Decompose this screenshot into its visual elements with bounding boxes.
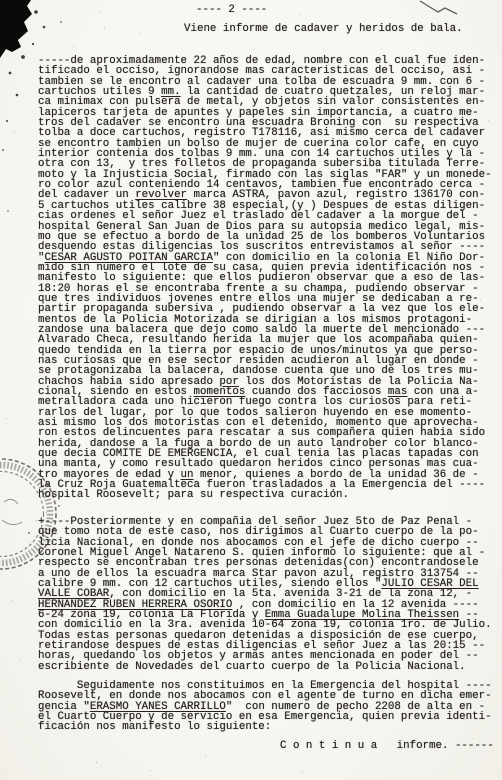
scratch-mark (412, 0, 482, 24)
text-line: escribiente de Novedades del cuarto cuer… (38, 662, 492, 672)
paragraph: Seguidamente nos constituimos en la Emer… (38, 681, 492, 733)
text-line: ficación nos manifesto lo siguiente: (38, 722, 492, 732)
speck (140, 33, 141, 34)
text-line: hospital Roosevelt; para su respectiva c… (38, 490, 492, 500)
speck (300, 14, 301, 15)
speck (365, 12, 366, 13)
speck (58, 505, 60, 507)
speck (472, 738, 473, 739)
speck (14, 131, 15, 132)
speck (104, 27, 105, 28)
speck (150, 770, 151, 771)
speck (302, 771, 303, 772)
continuation-note: C o n t i n u a informe. ------ (280, 741, 494, 751)
subject-line: Viene informe de cadaver y heridos de ba… (184, 24, 463, 34)
speck (6, 418, 7, 419)
speck (60, 21, 62, 23)
speck (28, 532, 30, 534)
speck (12, 600, 13, 601)
page-number: ---- 2 ---- (196, 5, 267, 15)
scanned-document-page: ---- 2 ---- Viene informe de cadaver y h… (0, 0, 502, 780)
speck (7, 210, 9, 212)
speck (20, 660, 21, 661)
paragraph: -----de aproximadamente 22 años de edad,… (38, 56, 492, 501)
text-line: manifesto lo siguiente: que ellos pudier… (38, 273, 492, 283)
text-line: cias ordenes el señor Juez el traslado d… (38, 211, 492, 221)
paragraph: +----Posteriormente y en compañia del se… (38, 517, 492, 672)
speck (99, 12, 100, 13)
speck (73, 46, 74, 47)
speck (96, 762, 97, 763)
speck (46, 512, 47, 513)
speck (205, 756, 206, 757)
